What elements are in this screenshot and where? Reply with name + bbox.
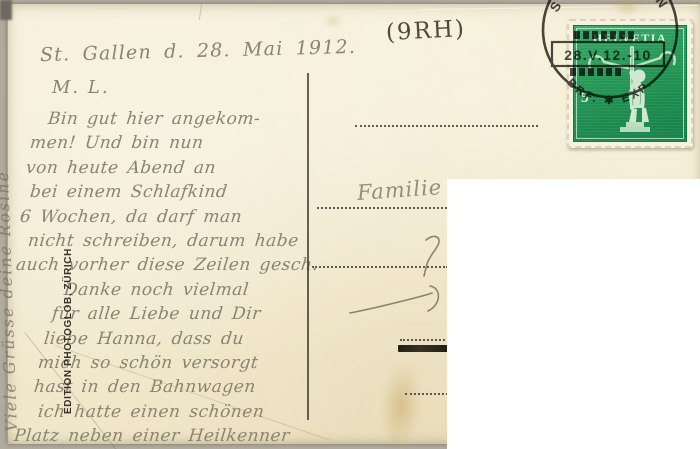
message-line: Danke noch vielmal: [13, 278, 318, 302]
address-divider-line: [307, 73, 309, 420]
message-line: Platz neben einer Heilkenner: [13, 424, 318, 448]
message-line: 6 Wochen, da darf man: [13, 205, 318, 229]
message-line: bei einem Schlafkind: [13, 180, 318, 204]
message-line: mich so schön versorgt: [13, 351, 318, 375]
svg-text:BRF. ✱ EXP.: BRF. ✱ EXP.: [564, 77, 655, 107]
postcard-scan: St. Gallen d. 28. Mai 1912. M. L. Bin gu…: [0, 0, 700, 449]
address-dotted-line: [400, 339, 452, 341]
address-dotted-line: [317, 207, 447, 209]
paper-stain: [322, 14, 344, 28]
pen-annotation: (9RH): [385, 16, 466, 46]
message-line: men! Und bin nun: [13, 131, 318, 155]
message-line: ich hatte einen schönen: [13, 400, 318, 424]
postmark-datetime: 28.V.12.-10: [564, 47, 652, 63]
handwriting-flourish: [340, 230, 452, 318]
postmark-office-arc: BRF. ✱ EXP.: [564, 77, 655, 107]
white-redaction-box: [447, 179, 700, 449]
blackout-redaction-bar: [398, 345, 453, 352]
message-line: von heute Abend an: [13, 156, 318, 180]
message-line: auch vorher diese Zeilen gesch.: [13, 253, 318, 277]
handwritten-salutation: M. L.: [52, 77, 110, 98]
postmark: ST. GALLEN BRF. ✱ EXP. 28.V.12.-10: [528, 0, 700, 116]
torn-corner: [0, 0, 12, 20]
message-line: für alle Liebe und Dir: [13, 302, 318, 326]
address-dotted-line: [355, 125, 538, 127]
publisher-imprint: EDITION PHOTOGLOB, ZÜRICH: [63, 248, 74, 414]
message-block: Bin gut hier angekom- men! Und bin nun v…: [14, 107, 316, 449]
message-line: Bin gut hier angekom-: [13, 107, 318, 131]
svg-text:ST. GALLEN: ST. GALLEN: [547, 0, 673, 15]
message-line: hast in den Bahnwagen: [13, 375, 318, 399]
address-dotted-line: [405, 393, 452, 395]
message-line: liebe Hanna, dass du: [13, 327, 318, 351]
postmark-town-arc: ST. GALLEN: [547, 0, 673, 15]
message-line: nicht schreiben, darum habe: [13, 229, 318, 253]
